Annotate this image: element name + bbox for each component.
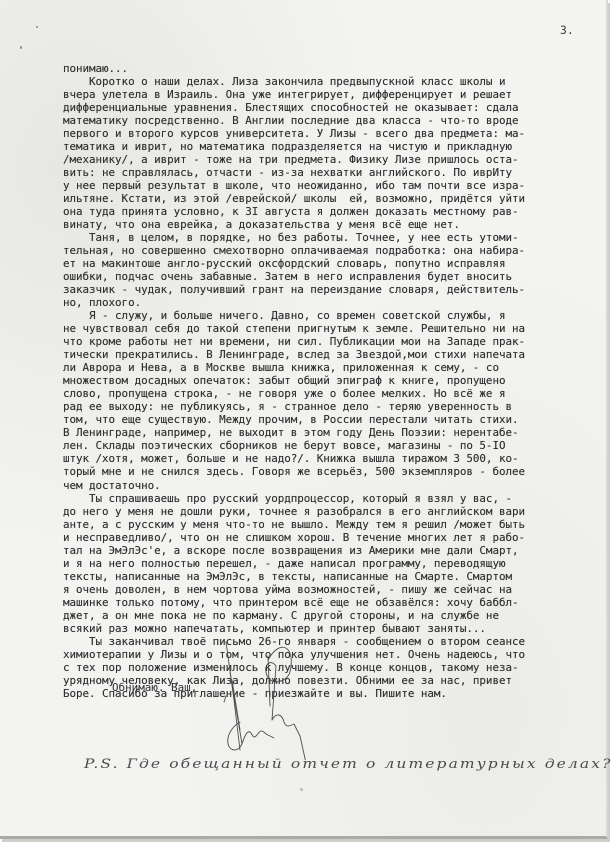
paper-speck	[20, 46, 22, 49]
letter-line: тал на ЭмЭлЭс'е, а вскоре после возвраще…	[63, 544, 611, 557]
letter-line: винату, что она еврейка, а доказательств…	[63, 218, 611, 231]
letter-line: Таня, в целом, в порядке, но без работы.…	[63, 231, 611, 244]
letter-line: всякий раз можно напечатать, компьютер и…	[63, 622, 611, 635]
letter-line: я очень доволен, в нем чортова уйма возм…	[63, 583, 611, 596]
letter-line: вчера улетела в Израиль. Она уже интегри…	[63, 88, 611, 101]
postscript-note: P.S. Где обещанный отчет о литературных …	[84, 756, 612, 771]
letter-line: и несправедливо/, что он не слишком хоро…	[63, 531, 611, 544]
letter-line: Ты спрашиваешь про русский уордпроцессор…	[63, 492, 611, 505]
letter-line: рад ее выходу: не публикуясь, я - странн…	[63, 400, 611, 413]
letter-line: Я - служу, и больше ничего. Давно, со вр…	[63, 309, 611, 322]
letter-closing: Обнимаю. Ваш,	[112, 681, 197, 694]
letter-line: что кроме работы нет ни времени, ни сил.…	[63, 335, 611, 348]
letter-line: тически прекратились. В Ленинграде, всле…	[63, 348, 611, 361]
letter-page: 3. понимаю... Коротко о наши делах. Лиза…	[0, 0, 608, 839]
paper-speck	[36, 26, 38, 28]
letter-line: вить: не справлялась, отчасти - из-за не…	[63, 166, 611, 179]
page-number: 3.	[560, 24, 574, 37]
letter-line: и я на него полностью перешел, - даже на…	[63, 557, 611, 570]
letter-line: она туда принята условно, к 3I августа я…	[63, 205, 611, 218]
letter-line: тексты, написанные на ЭмЭлЭс, в тексты, …	[63, 570, 611, 583]
letter-line: ильтяне. Кстати, из этой /еврейской/ шко…	[63, 192, 611, 205]
letter-line: В Ленинграде, например, не выходит в это…	[63, 426, 611, 439]
letter-line: первого и второго курсов университета. У…	[63, 127, 611, 140]
letter-line: математику посредственно. В Англии после…	[63, 114, 611, 127]
letter-line: до него у меня не дошли руки, точнее я р…	[63, 505, 611, 518]
letter-line: понимаю...	[63, 62, 611, 75]
letter-line: Коротко о наши делах. Лиза закончила пре…	[63, 75, 611, 88]
letter-line: но, плохого.	[63, 296, 611, 309]
letter-line: /механику/, а иврит - тоже на три предме…	[63, 153, 611, 166]
letter-line: джет, а он мне пока не по карману. С дру…	[63, 609, 611, 622]
letter-line: тематика и иврит, но математика подразде…	[63, 140, 611, 153]
letter-line: не чувствовал себя до такой степени приг…	[63, 322, 611, 335]
letter-line: торый мне и не снился здесь. Говоря же в…	[63, 465, 611, 478]
letter-line: чем достаточно.	[63, 479, 611, 492]
letter-line: штук /хотя, может, больше и не надо?/. К…	[63, 452, 611, 465]
letter-line: множеством досадных опечаток: забыт общи…	[63, 374, 611, 387]
letter-line: слово, пропущена строка, - не говоря уже…	[63, 387, 611, 400]
signature-icon	[220, 640, 400, 760]
letter-line: том, что еще существую. Между прочим, в …	[63, 413, 611, 426]
letter-line: дифференциальные уравнения. Блестящих сп…	[63, 101, 611, 114]
letter-line: тельная, но совершенно смехотворно оплач…	[63, 244, 611, 257]
letter-line: заказчик - чудак, получивший грант на пе…	[63, 283, 611, 296]
paper-speck	[300, 788, 303, 791]
letter-line: у нее первый результат в школе, что неож…	[63, 179, 611, 192]
letter-body: понимаю... Коротко о наши делах. Лиза за…	[63, 62, 611, 700]
letter-line: ошибки, подчас очень забавные. Затем в н…	[63, 270, 611, 283]
letter-line: лен. Склады поэтических сборников не бер…	[63, 439, 611, 452]
letter-line: машинке только потому, что принтером всё…	[63, 596, 611, 609]
letter-line: ли Аврора и Нева, а в Москве вышла книжк…	[63, 361, 611, 374]
letter-line: ет на макинтоше англо-русский оксфордски…	[63, 257, 611, 270]
letter-line: анте, а с русским у меня что-то не вышло…	[63, 518, 611, 531]
